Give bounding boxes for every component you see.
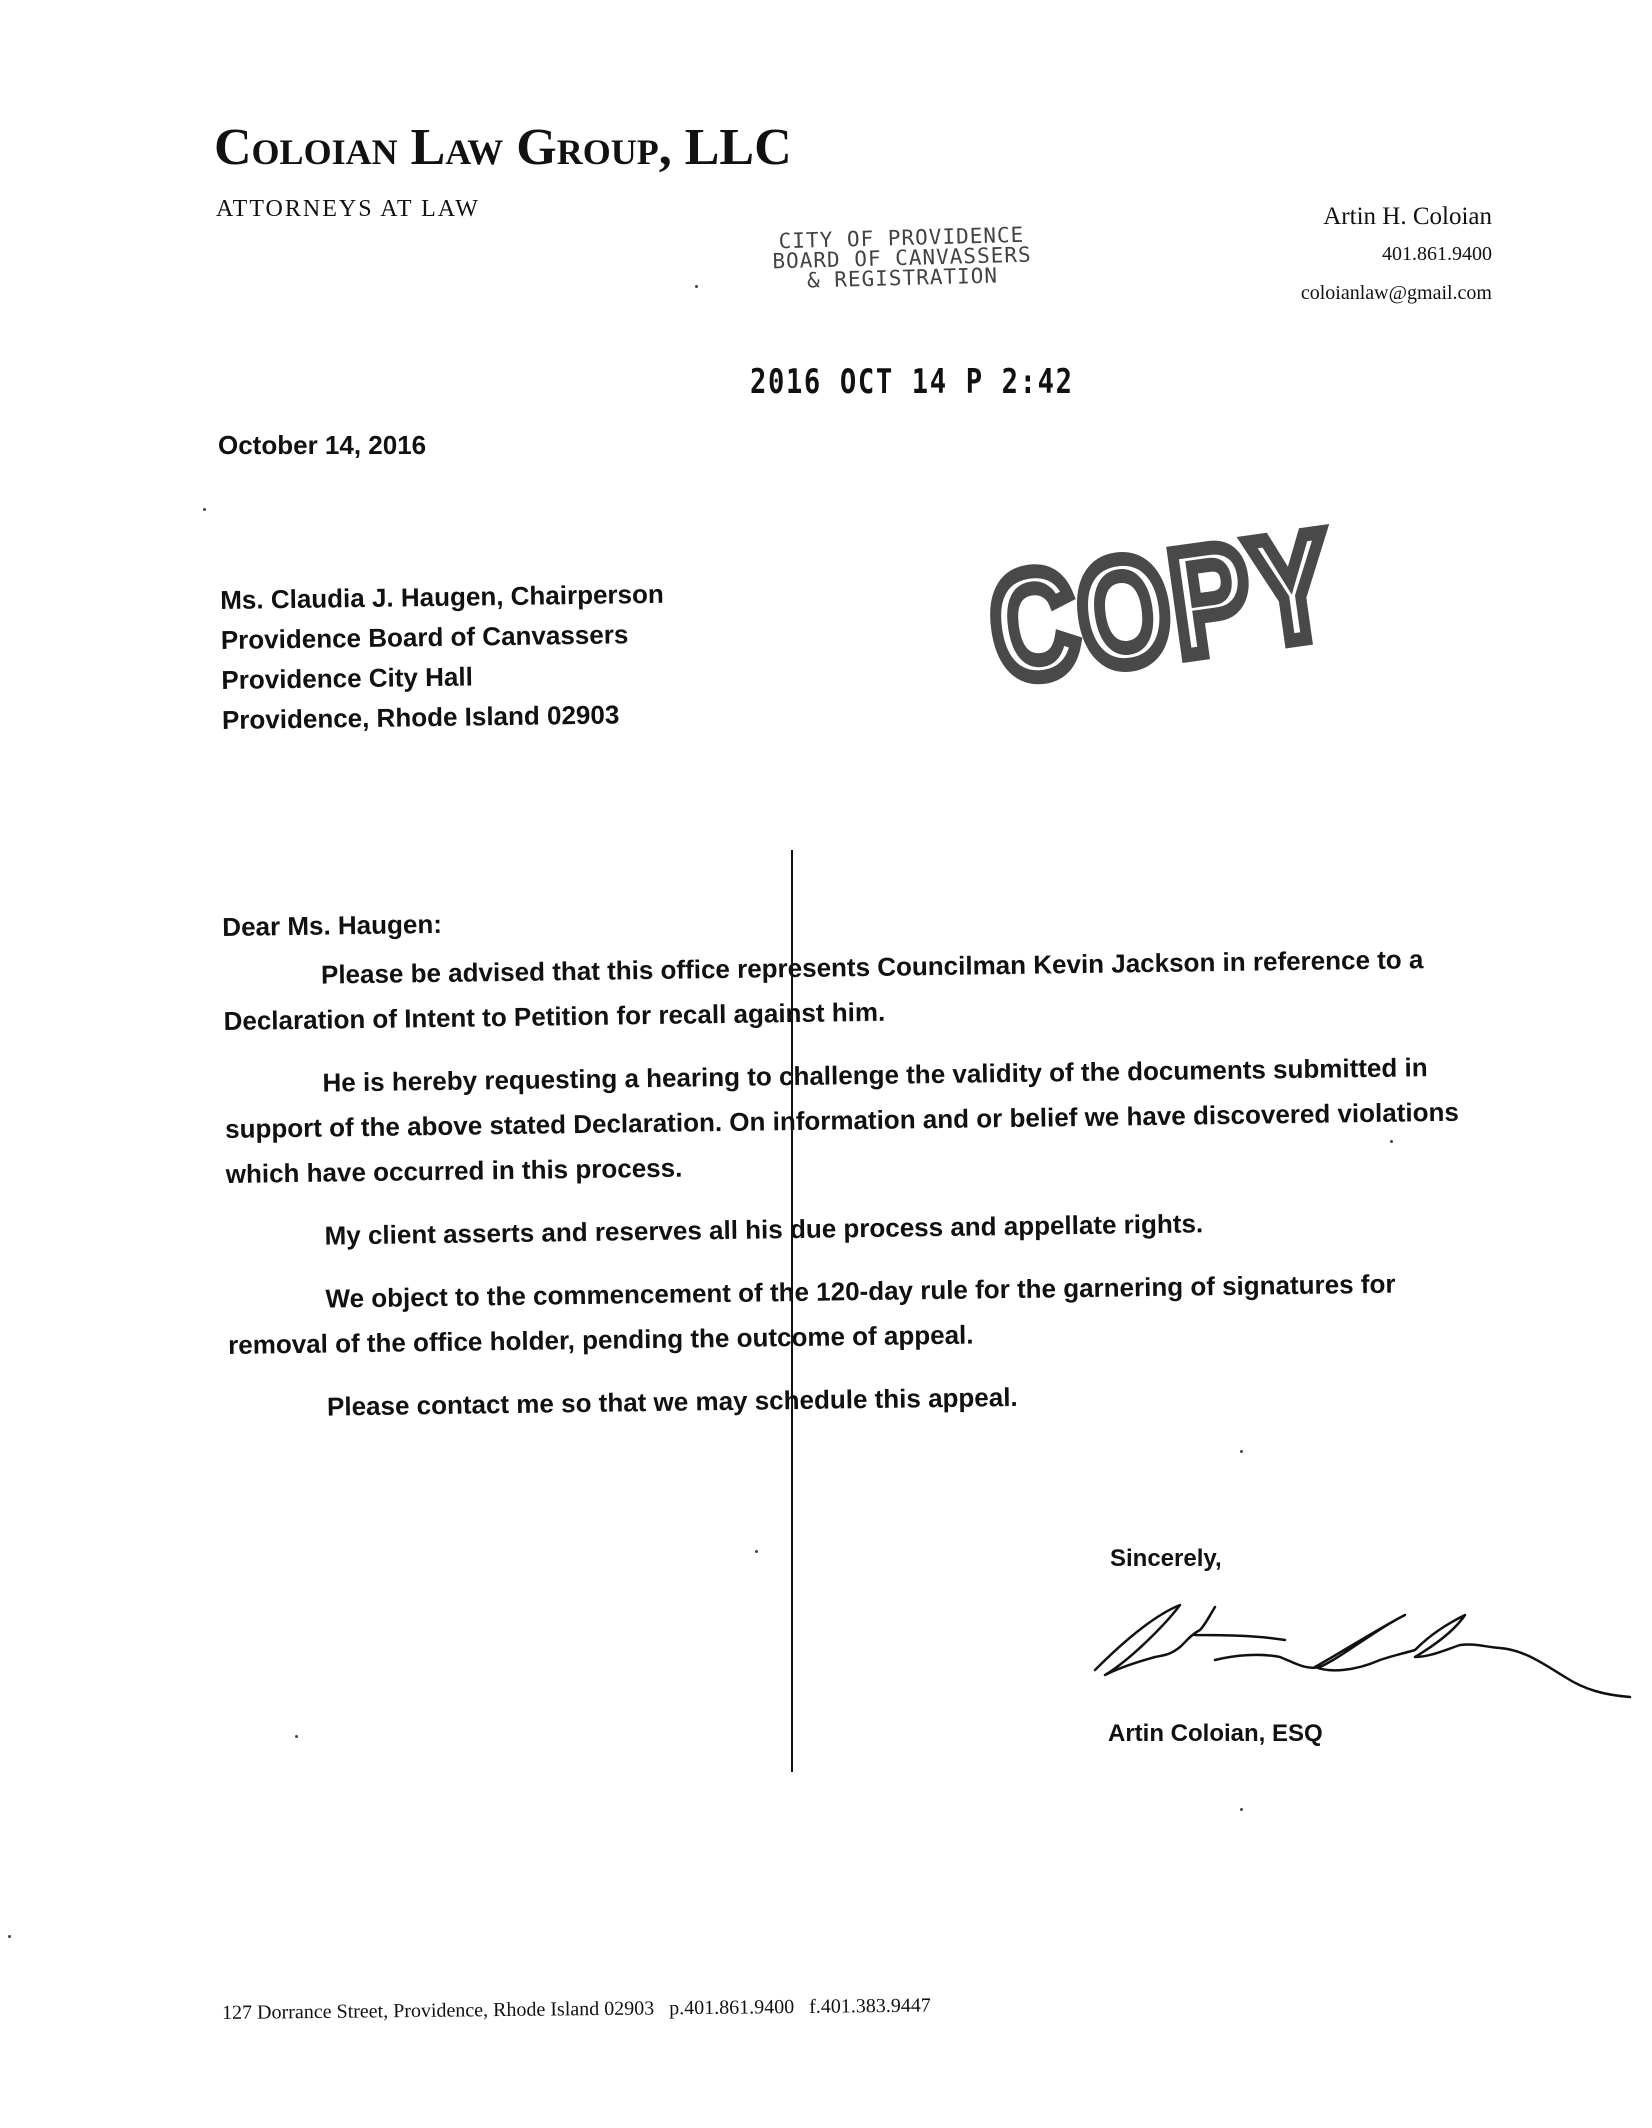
signature-image [1085,1585,1645,1725]
scan-speck [1240,1450,1243,1453]
contact-email: coloianlaw@gmail.com [1301,282,1492,305]
scan-speck [695,285,698,288]
scan-speck [755,1550,758,1553]
paragraph: He is hereby requesting a hearing to cha… [224,1044,1486,1197]
copy-stamp: COPY [980,497,1345,716]
scan-speck [1390,1140,1393,1143]
footer-address: 127 Dorrance Street, Providence, Rhode I… [222,1997,654,2024]
paragraph: Please contact me so that we may schedul… [229,1368,1490,1431]
footer-fax: f.401.383.9447 [809,1995,931,2018]
firm-name: Coloian Law Group, LLC [214,118,792,177]
address-line: Providence Board of Canvassers [221,614,665,660]
address-line: Ms. Claudia J. Haugen, Chairperson [220,574,664,620]
paragraph: My client asserts and reserves all his d… [226,1197,1487,1260]
recipient-address: Ms. Claudia J. Haugen, Chairperson Provi… [220,574,666,740]
scan-speck [1240,1808,1243,1811]
received-timestamp: 2016 OCT 14 P 2:42 [750,362,1074,402]
scan-speck [8,1935,11,1938]
contact-name: Artin H. Coloian [1323,203,1492,231]
letter-date: October 14, 2016 [218,430,426,461]
scan-speck [203,508,206,511]
contact-phone: 401.861.9400 [1382,243,1492,266]
letter-body: Dear Ms. Haugen: Please be advised that … [222,887,1489,1449]
paragraph: Please be advised that this office repre… [223,936,1484,1044]
address-line: Providence, Rhode Island 02903 [222,694,666,740]
paragraph: We object to the commencement of the 120… [227,1260,1488,1368]
received-stamp: CITY OF PROVIDENCE BOARD OF CANVASSERS &… [751,224,1052,292]
scan-speck [295,1735,298,1738]
address-line: Providence City Hall [221,654,665,700]
footer: 127 Dorrance Street, Providence, Rhode I… [222,1995,931,2025]
footer-phone: p.401.861.9400 [669,1996,794,2019]
signer-name: Artin Coloian, ESQ [1108,1720,1323,1748]
firm-subtitle: ATTORNEYS AT LAW [216,196,480,223]
closing: Sincerely, [1110,1545,1222,1573]
